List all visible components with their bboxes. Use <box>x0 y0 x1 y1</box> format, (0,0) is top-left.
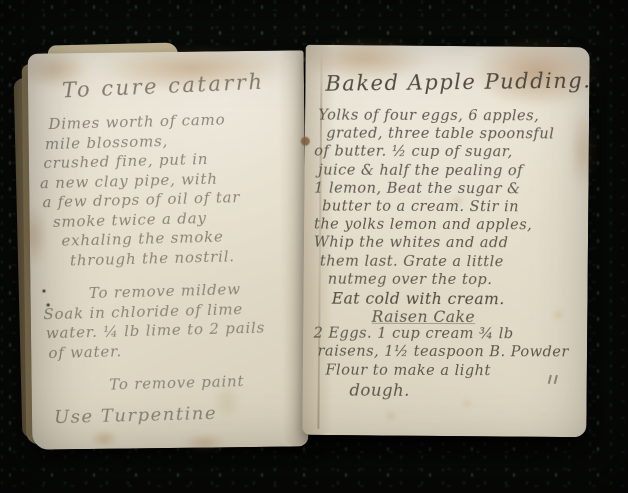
fabric-background: To cure catarrh Dimes worth of camo mile… <box>0 0 628 493</box>
handwritten-line: Whip the whites and add <box>314 235 584 254</box>
remedy-heading: To remove paint <box>109 371 299 395</box>
stain <box>90 431 118 447</box>
stain <box>463 400 471 406</box>
handwritten-line: Yolks of four eggs, 6 apples, <box>318 108 584 127</box>
left-page: To cure catarrh Dimes worth of camo mile… <box>28 50 309 449</box>
handwritten-line: 1 lemon, Beat the sugar & <box>314 180 584 199</box>
handwritten-line: butter to a cream. Stir in <box>322 199 584 218</box>
recipe-heading: Raisen Cake <box>372 308 584 327</box>
handwritten-line: raisens, 1½ teaspoon B. Powder <box>318 344 584 363</box>
handwritten-line: the yolks lemon and apples, <box>314 217 584 236</box>
handwritten-line: juice & half the pealing of <box>318 162 584 181</box>
stain <box>386 412 395 419</box>
handwritten-line: 2 Eggs. 1 cup cream ¾ lb <box>314 326 584 345</box>
right-page-text: Yolks of four eggs, 6 apples, grated, th… <box>313 108 584 400</box>
right-page: Baked Apple Pudding. Yolks of four eggs,… <box>302 45 589 437</box>
handwritten-line: Flour to make a light <box>325 362 583 381</box>
handwritten-line: of butter. ½ cup of sugar, <box>314 144 584 163</box>
left-page-title: To cure catarrh <box>62 70 265 103</box>
handwritten-line: them last. Grate a little <box>320 253 584 272</box>
handwritten-line: dough. <box>349 380 583 399</box>
handwritten-line: grated, three table spoonsful <box>326 126 584 145</box>
handwritten-line: Eat cold with cream. <box>332 289 584 308</box>
right-page-title: Baked Apple Pudding. <box>325 68 591 95</box>
left-page-text: Dimes worth of camo mile blossoms, crush… <box>38 109 300 427</box>
handwritten-line: nutmeg over the top. <box>328 271 584 290</box>
handwritten-line: Use Turpentine <box>54 400 300 426</box>
